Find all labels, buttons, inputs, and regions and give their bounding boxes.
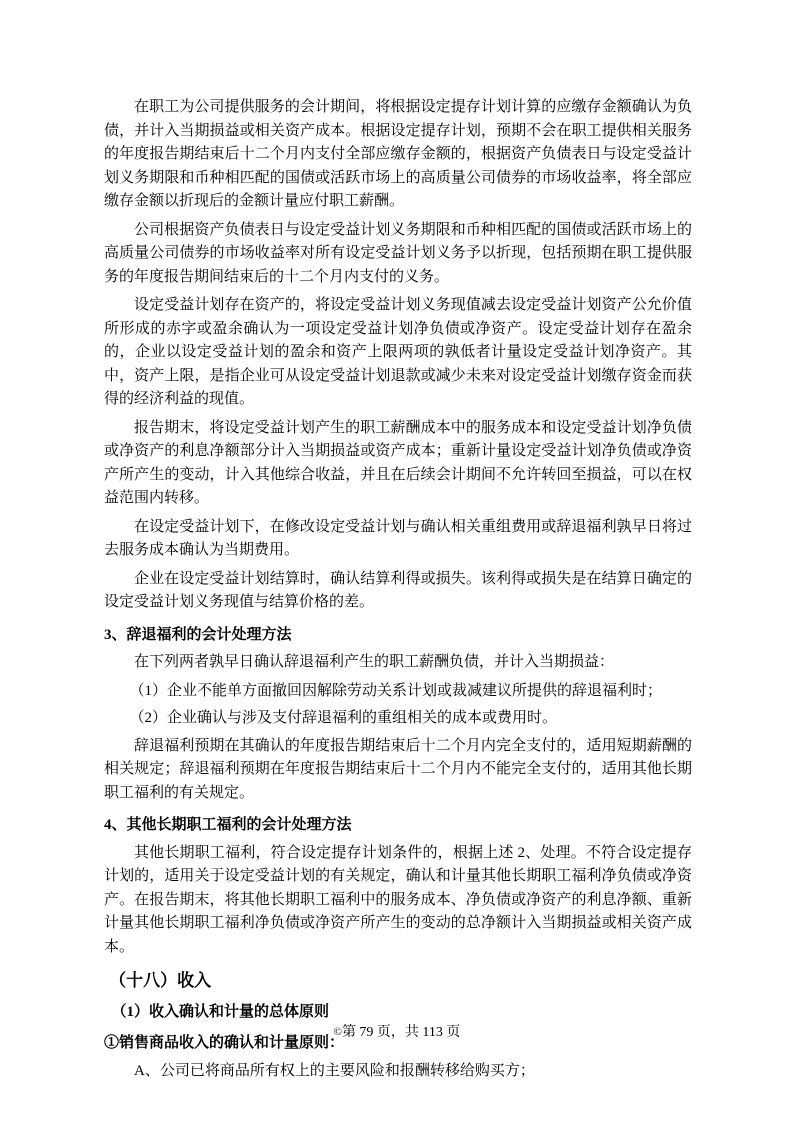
heading-section-18-revenue: （十八）收入 [104, 969, 692, 993]
list-item-2: （2）企业确认与涉及支付辞退福利的重组相关的成本或费用时。 [104, 707, 692, 731]
paragraph-past-service-cost: 在设定受益计划下，在修改设定受益计划与确认相关重组费用或辞退福利孰早日将过去服务… [104, 516, 692, 563]
page-number-label: 第 79 页，共 113 页 [342, 1025, 460, 1040]
heading-revenue-principles: （1）收入确认和计量的总体原则 [104, 1001, 692, 1025]
document-page: 在职工为公司提供服务的会计期间，将根据设定提存计划计算的应缴存金额确认为负债，并… [0, 0, 794, 1123]
paragraph-plan-assets: 设定受益计划存在资产的，将设定受益计划义务现值减去设定受益计划资产公允价值所形成… [104, 294, 692, 412]
paragraph-settlement: 企业在设定受益计划结算时，确认结算利得或损失。该利得或损失是在结算日确定的设定受… [104, 568, 692, 615]
list-item-1: （1）企业不能单方面撤回因解除劳动关系计划或裁减建议所提供的辞退福利时； [104, 680, 692, 704]
paragraph-other-longterm: 其他长期职工福利，符合设定提存计划条件的，根据上述 2、处理。不符合设定提存计划… [104, 842, 692, 960]
heading-termination-benefits: 3、辞退福利的会计处理方法 [104, 624, 692, 648]
paragraph-defined-contribution: 在职工为公司提供服务的会计期间，将根据设定提存计划计算的应缴存金额确认为负债，并… [104, 96, 692, 214]
paragraph-termination-timing: 辞退福利预期在其确认的年度报告期结束后十二个月内完全支付的，适用短期薪酬的相关规… [104, 735, 692, 806]
paragraph-condition-a: A、公司已将商品所有权上的主要风险和报酬转移给购买方； [104, 1060, 692, 1084]
paragraph-termination-intro: 在下列两者孰早日确认辞退福利产生的职工薪酬负债，并计入当期损益： [104, 651, 692, 675]
page-footer: ©第 79 页，共 113 页 [0, 1022, 794, 1043]
paragraph-discount-obligation: 公司根据资产负债表日与设定受益计划义务期限和币种相匹配的国债或活跃市场上的高质量… [104, 219, 692, 290]
heading-other-longterm-benefits: 4、其他长期职工福利的会计处理方法 [104, 814, 692, 838]
paragraph-period-end-cost: 报告期末，将设定受益计划产生的职工薪酬成本中的服务成本和设定受益计划净负债或净资… [104, 417, 692, 511]
copyright-icon: © [334, 1026, 342, 1038]
